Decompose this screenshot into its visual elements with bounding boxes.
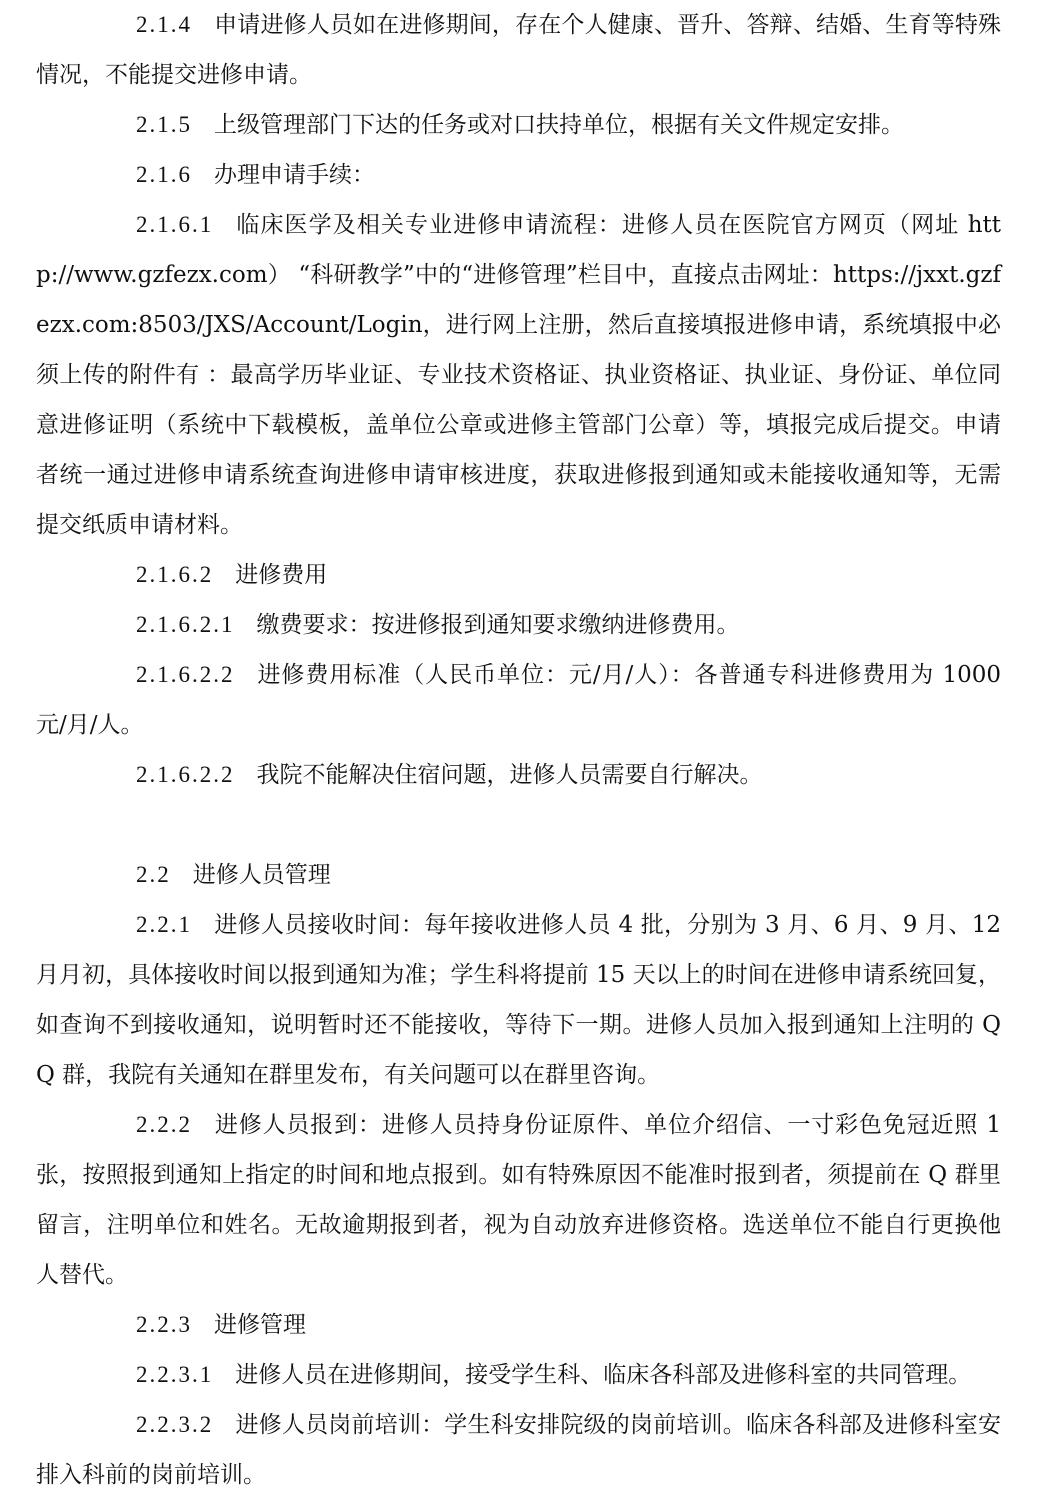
section-number: 2.1.6.2.1 [86, 600, 235, 650]
paragraph-2-1-6: 2.1.6办理申请手续： [36, 150, 1001, 200]
paragraph-text: 进修管理 [214, 1312, 306, 1338]
section-number: 2.1.6.1 [86, 200, 213, 250]
paragraph-text: 上级管理部门下达的任务或对口扶持单位，根据有关文件规定安排。 [214, 112, 904, 138]
paragraph-2-2-3: 2.2.3进修管理 [36, 1300, 1001, 1350]
paragraph-2-1-4: 2.1.4申请进修人员如在进修期间，存在个人健康、晋升、答辩、结婚、生育等特殊情… [36, 0, 1001, 100]
section-number: 2.2.2 [86, 1100, 192, 1150]
paragraph-2-2-2: 2.2.2进修人员报到：进修人员持身份证原件、单位介绍信、一寸彩色免冠近照 1 … [36, 1100, 1001, 1300]
document-page: 2.1.4申请进修人员如在进修期间，存在个人健康、晋升、答辩、结婚、生育等特殊情… [36, 0, 1001, 1500]
paragraph-text: 临床医学及相关专业进修申请流程：进修人员在医院官方网页（网址 http://ww… [36, 212, 1001, 538]
paragraph-text: 进修人员管理 [193, 862, 331, 888]
blank-line [36, 800, 1001, 850]
paragraph-text: 进修人员在进修期间，接受学生科、临床各科部及进修科室的共同管理。 [235, 1362, 971, 1388]
paragraph-text: 办理申请手续： [214, 162, 375, 188]
section-number: 2.1.5 [86, 100, 192, 150]
paragraph-2-1-6-2-1: 2.1.6.2.1缴费要求：按进修报到通知要求缴纳进修费用。 [36, 600, 1001, 650]
section-number: 2.2.1 [86, 900, 192, 950]
paragraph-2-1-5: 2.1.5上级管理部门下达的任务或对口扶持单位，根据有关文件规定安排。 [36, 100, 1001, 150]
paragraph-2-1-6-2: 2.1.6.2进修费用 [36, 550, 1001, 600]
section-number: 2.1.6.2.2 [86, 650, 235, 700]
section-number: 2.1.6 [86, 150, 192, 200]
section-number: 2.1.6.2.2 [86, 750, 235, 800]
paragraph-2-1-6-2-2-housing: 2.1.6.2.2我院不能解决住宿问题，进修人员需要自行解决。 [36, 750, 1001, 800]
section-number: 2.2 [86, 850, 171, 900]
paragraph-text: 缴费要求：按进修报到通知要求缴纳进修费用。 [257, 612, 740, 638]
paragraph-2-2: 2.2进修人员管理 [36, 850, 1001, 900]
section-number: 2.1.6.2 [86, 550, 213, 600]
section-number: 2.2.3.2 [86, 1400, 213, 1450]
section-number: 2.2.3.1 [86, 1350, 213, 1400]
paragraph-2-2-1: 2.2.1进修人员接收时间：每年接收进修人员 4 批，分别为 3 月、6 月、9… [36, 900, 1001, 1100]
paragraph-2-1-6-1: 2.1.6.1临床医学及相关专业进修申请流程：进修人员在医院官方网页（网址 ht… [36, 200, 1001, 550]
section-number: 2.2.3 [86, 1300, 192, 1350]
paragraph-text: 我院不能解决住宿问题，进修人员需要自行解决。 [257, 762, 763, 788]
paragraph-2-1-6-2-2-fee: 2.1.6.2.2进修费用标准（人民币单位：元/月/人）：各普通专科进修费用为 … [36, 650, 1001, 750]
paragraph-2-2-3-2: 2.2.3.2进修人员岗前培训：学生科安排院级的岗前培训。临床各科部及进修科室安… [36, 1400, 1001, 1500]
paragraph-2-2-3-1: 2.2.3.1进修人员在进修期间，接受学生科、临床各科部及进修科室的共同管理。 [36, 1350, 1001, 1400]
paragraph-text: 进修费用 [235, 562, 327, 588]
section-number: 2.1.4 [86, 0, 192, 50]
